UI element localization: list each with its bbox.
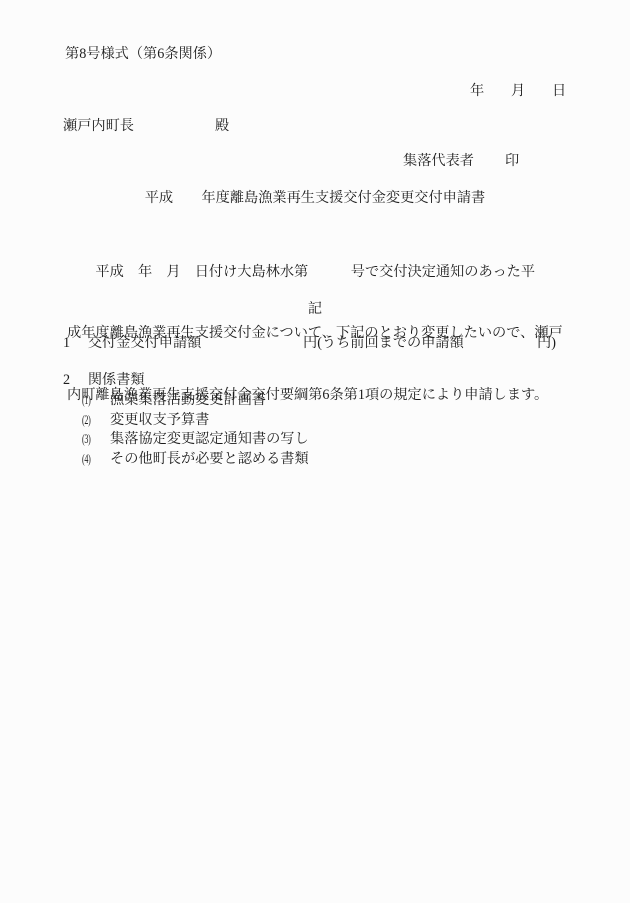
honorific-label: 殿 (215, 117, 229, 135)
addressee-name: 瀬戸内町長 (63, 117, 134, 135)
attachment-number: (2) (82, 411, 91, 429)
attachment-item: (2)変更収支予算書 (82, 411, 209, 429)
attachment-number: (1) (82, 391, 91, 409)
document-page: 第8号様式（第6条関係） 年 月 日 瀬戸内町長 殿 集落代表者 印 平成 年度… (0, 0, 630, 903)
signer-line: 集落代表者 印 (403, 152, 563, 224)
day-label: 日 (552, 82, 566, 100)
attachment-number: (3) (82, 430, 91, 448)
signer-label: 集落代表者 (403, 152, 474, 170)
attachment-item: (4)その他町長が必要と認める書類 (82, 450, 309, 468)
item1-previous-amount-note: 円(うち前回までの申請額 (303, 334, 464, 352)
attachment-label: 集落協定変更認定通知書の写し (110, 431, 309, 447)
attachment-label: 変更収支予算書 (110, 412, 209, 428)
attachment-number: (4) (82, 450, 91, 468)
body-line-1: 平成 年 月 日付け大島林水第 号で交付決定通知のあった平 (67, 260, 579, 285)
form-number: 第8号様式（第6条関係） (65, 45, 221, 63)
addressee-line: 瀬戸内町長 殿 (63, 117, 303, 189)
item1-closing-yen: 円) (537, 334, 556, 352)
item-related-documents-heading: 2 関係書類 (63, 371, 145, 389)
month-label: 月 (511, 82, 525, 100)
attachment-label: その他町長が必要と認める書類 (110, 451, 309, 467)
attachment-label: 漁業集落活動変更計画書 (110, 392, 266, 408)
seal-label: 印 (505, 152, 519, 170)
attachment-item: (3)集落協定変更認定通知書の写し (82, 430, 309, 448)
year-label: 年 (470, 82, 484, 100)
item1-label: 1 交付金交付申請額 (63, 334, 201, 352)
record-heading: 記 (0, 300, 630, 318)
attachment-item: (1)漁業集落活動変更計画書 (82, 391, 266, 409)
document-title: 平成 年度離島漁業再生支援交付金変更交付申請書 (0, 189, 630, 207)
